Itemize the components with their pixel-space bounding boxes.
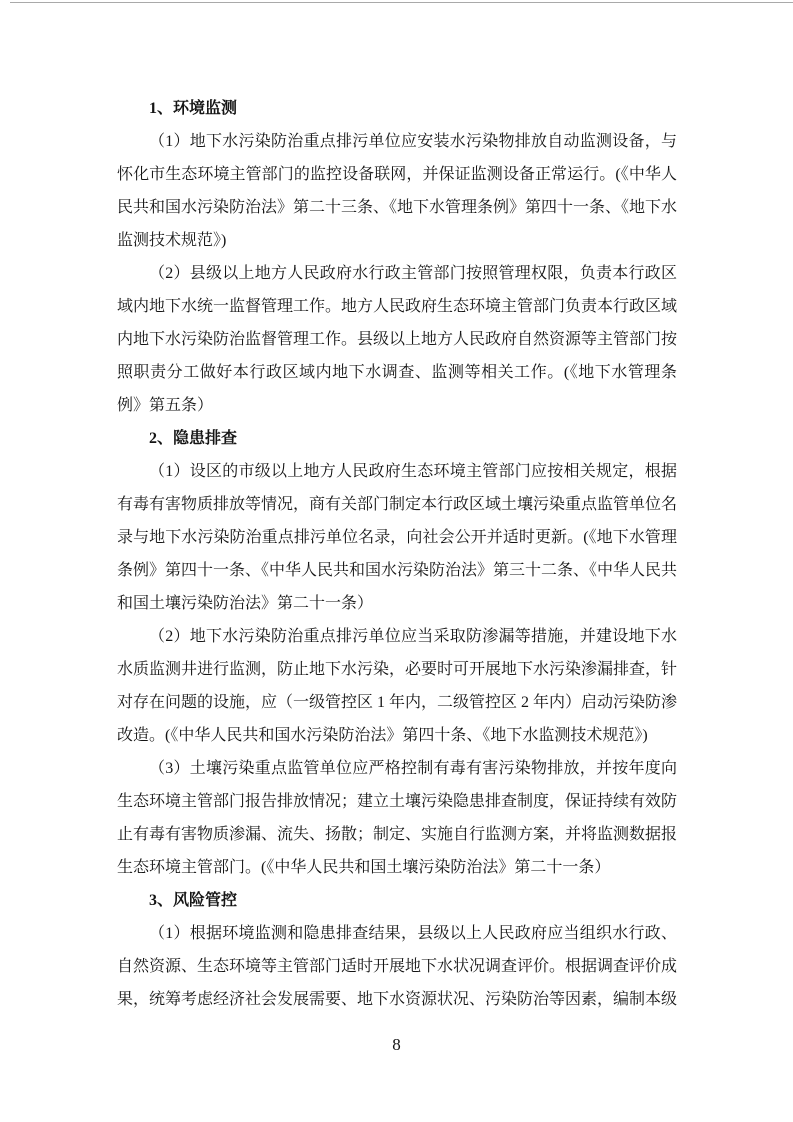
section-2-paragraph-2: （2）地下水污染防治重点排污单位应当采取防渗漏等措施，并建设地下水水质监测井进行… xyxy=(117,620,677,752)
page-edge-line xyxy=(10,2,793,3)
section-1-heading: 1、环境监测 xyxy=(117,92,677,125)
section-2-paragraph-3: （3）土壤污染重点监管单位应严格控制有毒有害污染物排放，并按年度向生态环境主管部… xyxy=(117,752,677,884)
section-1-paragraph-1: （1）地下水污染防治重点排污单位应安装水污染物排放自动监测设备，与怀化市生态环境… xyxy=(117,125,677,257)
section-3-heading: 3、风险管控 xyxy=(117,884,677,917)
page-number: 8 xyxy=(0,1034,793,1056)
section-3-paragraph-1: （1）根据环境监测和隐患排查结果，县级以上人民政府应当组织水行政、自然资源、生态… xyxy=(117,917,677,1016)
section-2-paragraph-1: （1）设区的市级以上地方人民政府生态环境主管部门应按相关规定，根据有毒有害物质排… xyxy=(117,455,677,620)
section-1-paragraph-2: （2）县级以上地方人民政府水行政主管部门按照管理权限，负责本行政区域内地下水统一… xyxy=(117,257,677,422)
section-2-heading: 2、隐患排查 xyxy=(117,422,677,455)
document-body: 1、环境监测 （1）地下水污染防治重点排污单位应安装水污染物排放自动监测设备，与… xyxy=(117,92,677,1016)
document-page: 1、环境监测 （1）地下水污染防治重点排污单位应安装水污染物排放自动监测设备，与… xyxy=(0,0,793,1122)
